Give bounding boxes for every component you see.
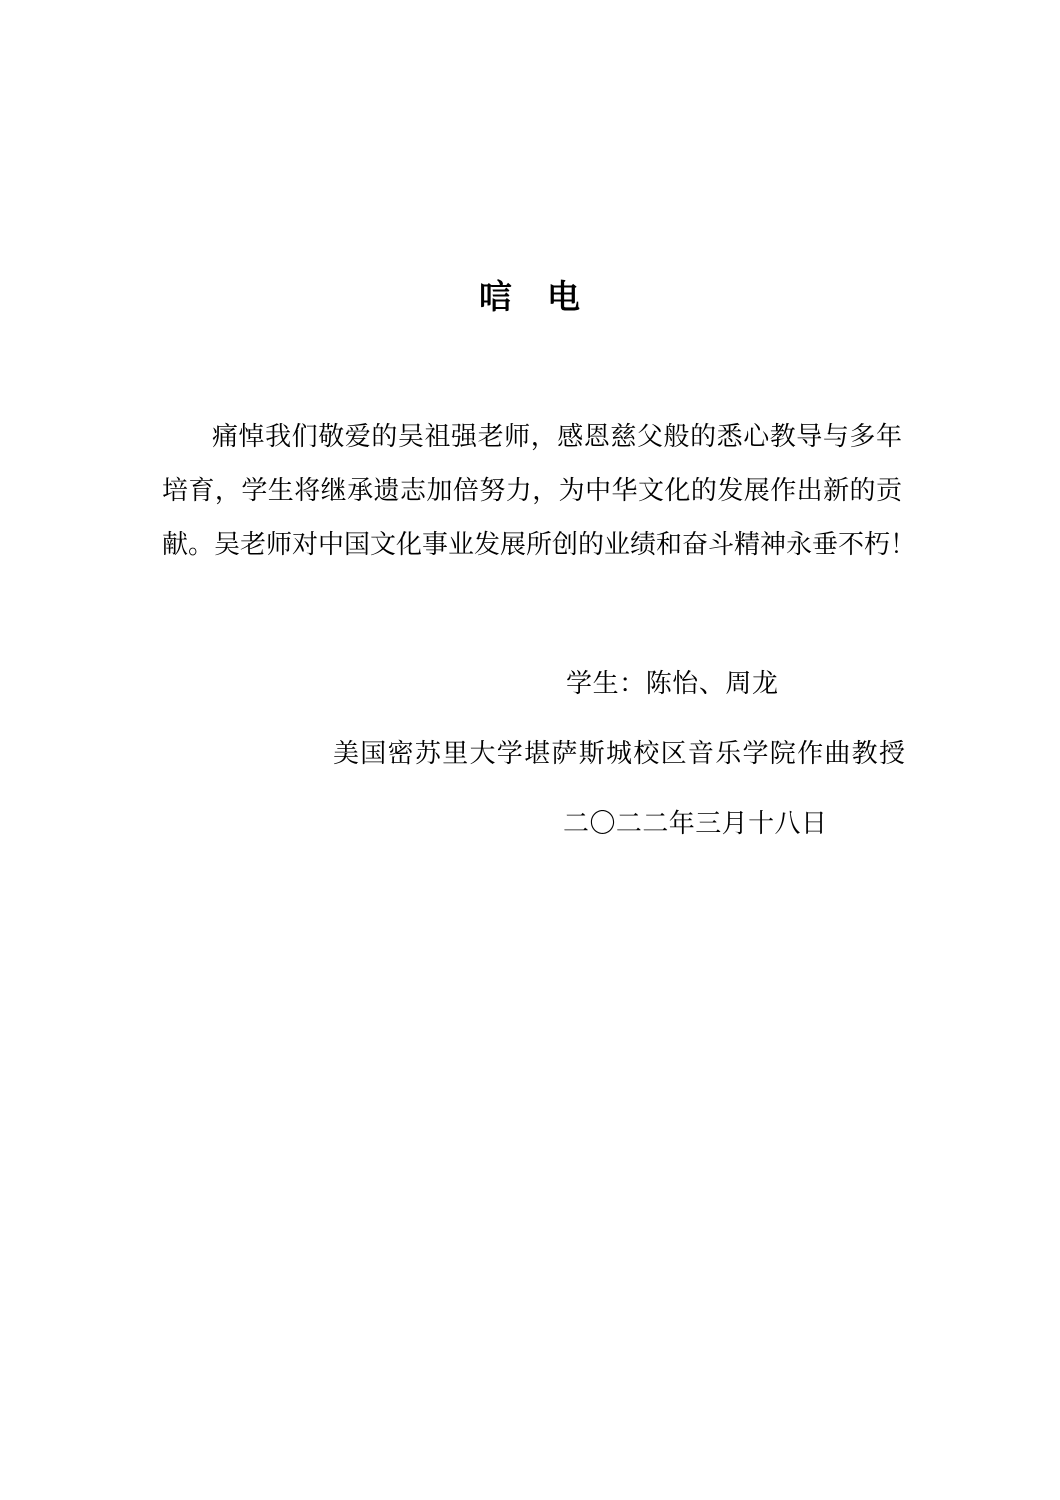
- signature-date: 二〇二二年三月十八日: [563, 806, 827, 840]
- signature-affiliation: 美国密苏里大学堪萨斯城校区音乐学院作曲教授: [333, 736, 905, 770]
- body-line: 培育，学生将继承遗志加倍努力，为中华文化的发展作出新的贡: [162, 463, 902, 517]
- signature-students: 学生：陈怡、周龙: [566, 666, 778, 700]
- page-title: 唁 电: [0, 277, 1060, 317]
- body-line: 献。吴老师对中国文化事业发展所创的业绩和奋斗精神永垂不朽！: [162, 517, 902, 571]
- body-line: 痛悼我们敬爱的吴祖强老师，感恩慈父般的悉心教导与多年: [162, 409, 902, 463]
- body-paragraph: 痛悼我们敬爱的吴祖强老师，感恩慈父般的悉心教导与多年 培育，学生将继承遗志加倍努…: [162, 409, 902, 571]
- document-page: 唁 电 痛悼我们敬爱的吴祖强老师，感恩慈父般的悉心教导与多年 培育，学生将继承遗…: [0, 0, 1060, 1500]
